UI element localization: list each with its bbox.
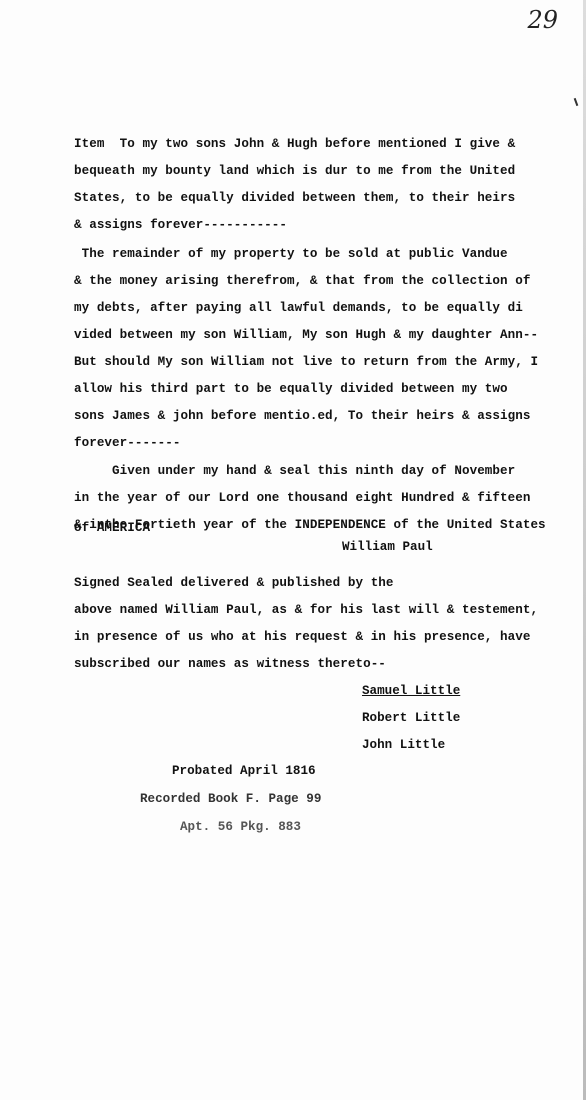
body-line: Given under my hand & seal this ninth da… <box>74 464 515 478</box>
body-line: & assigns forever----------- <box>74 218 287 232</box>
body-line: sons James & john before mentio.ed, To t… <box>74 409 530 423</box>
witness-name: John Little <box>362 738 445 752</box>
body-line: Item To my two sons John & Hugh before m… <box>74 137 515 151</box>
body-line: forever------- <box>74 436 181 450</box>
attestation-line: Signed Sealed delivered & published by t… <box>74 576 394 590</box>
witness-name: Robert Little <box>362 711 460 725</box>
body-line: in the year of our Lord one thousand eig… <box>74 491 530 505</box>
witness-name: Samuel Little <box>362 684 460 698</box>
body-line: bequeath my bounty land which is dur to … <box>74 164 515 178</box>
attestation-line: above named William Paul, as & for his l… <box>74 603 538 617</box>
margin-mark <box>574 98 579 106</box>
document-page: 29 Item To my two sons John & Hugh befor… <box>0 0 586 1100</box>
attestation-line: in presence of us who at his request & i… <box>74 630 530 644</box>
body-line: of AMERICA <box>74 521 150 535</box>
body-line: allow his third part to be equally divid… <box>74 382 508 396</box>
body-line: vided between my son William, My son Hug… <box>74 328 538 342</box>
apt-pkg-note: Apt. 56 Pkg. 883 <box>180 820 301 834</box>
body-line: The remainder of my property to be sold … <box>74 247 508 261</box>
body-line: States, to be equally divided between th… <box>74 191 515 205</box>
body-line: my debts, after paying all lawful demand… <box>74 301 523 315</box>
body-line: & the money arising therefrom, & that fr… <box>74 274 530 288</box>
probated-note: Probated April 1816 <box>172 764 316 778</box>
body-line: But should My son William not live to re… <box>74 355 538 369</box>
testator-signature: William Paul <box>342 540 433 554</box>
attestation-line: subscribed our names as witness thereto-… <box>74 657 386 671</box>
recorded-note: Recorded Book F. Page 99 <box>140 792 321 806</box>
page-number: 29 <box>527 6 558 34</box>
